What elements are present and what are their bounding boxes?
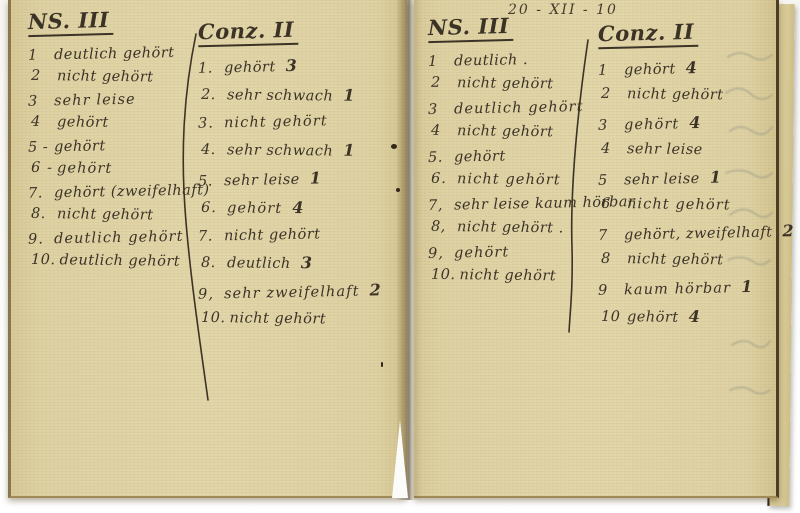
entry-number: 10. — [201, 310, 226, 326]
entry-value: 1 — [343, 86, 355, 105]
entry-number: 6. — [431, 171, 453, 187]
entry-number: 5. — [198, 173, 220, 189]
entry-number: 3 — [428, 102, 450, 118]
entry-text: sehr leise — [624, 171, 700, 188]
entry-text: gehört — [454, 149, 506, 166]
entry-text: nicht gehört . — [457, 219, 564, 236]
notebook-scan: 20 - XII - 10 NS. III 1deutlich gehört2n… — [0, 0, 800, 513]
entry-number: 2 — [601, 86, 623, 102]
list-entry: 3.nicht gehört — [198, 112, 382, 132]
list-entry: 10gehört4 — [601, 306, 797, 327]
entry-text: gehört — [57, 160, 112, 177]
entry-number: 7. — [28, 185, 50, 201]
list-entry: 9,sehr zweifelhaft2 — [198, 280, 382, 303]
list-entry: 7.nicht gehört — [198, 225, 382, 245]
entry-text: nicht gehört — [627, 86, 724, 103]
entry-number: 8. — [31, 206, 53, 222]
entry-number: 5. — [428, 150, 450, 166]
entry-text: nicht gehört — [457, 75, 554, 92]
entry-value: 1 — [343, 141, 355, 160]
entry-text: nicht gehört — [57, 68, 154, 85]
entry-number: 1. — [198, 60, 220, 76]
entry-value: 1 — [310, 168, 322, 187]
entry-text: nicht gehört — [457, 171, 561, 188]
entry-text: deutlich gehört — [454, 99, 584, 117]
entry-number: 8, — [431, 219, 453, 235]
entry-number: 6. — [201, 200, 223, 216]
column-header-conz-right: Conz. II — [598, 19, 699, 50]
entry-text: deutlich gehört — [54, 45, 175, 63]
entry-text: deutlich gehört — [54, 229, 184, 247]
entry-text: gehört — [627, 309, 679, 326]
entry-text: nicht gehört — [57, 206, 154, 223]
entry-number: 8 — [601, 251, 623, 267]
entry-list: 1deutlich gehört2nicht gehört3sehr leise… — [28, 46, 210, 269]
entry-number: 7 — [598, 227, 620, 243]
entry-number: 2 — [431, 75, 453, 91]
entry-number: 3. — [198, 115, 220, 131]
entry-number: 9, — [428, 246, 450, 262]
entry-text: nicht gehört — [224, 226, 321, 244]
list-entry: 1deutlich gehört — [28, 44, 210, 63]
list-entry: 6 -gehört — [31, 160, 213, 178]
list-entry: 9.deutlich gehört — [28, 228, 210, 247]
list-entry: 2nicht gehört — [601, 86, 797, 104]
entry-value: 3 — [301, 253, 313, 272]
entry-text: gehört — [57, 114, 109, 131]
entry-number: 4 — [431, 123, 453, 139]
entry-text: sehr zweifelhaft — [224, 284, 360, 303]
list-entry: 3sehr leise — [28, 90, 210, 109]
entry-number: 9. — [28, 231, 50, 247]
entry-number: 7, — [428, 198, 450, 214]
entry-number: 1 — [428, 54, 450, 70]
entry-list: 1gehört42nicht gehört3gehört44sehr leise… — [598, 58, 794, 326]
entry-value: 1 — [741, 277, 754, 296]
entry-text: nicht gehört — [627, 196, 731, 213]
list-entry: 2nicht gehört — [31, 68, 213, 86]
entry-text: gehört — [54, 138, 106, 155]
column-header-conz-left: Conz. II — [198, 17, 299, 48]
entry-number: 6 — [601, 196, 623, 212]
entry-number: 10 — [601, 309, 623, 325]
entry-value: 4 — [292, 198, 304, 217]
right-conz-column: Conz. II 1gehört42nicht gehört3gehört44s… — [598, 20, 794, 336]
entry-value: 1 — [710, 168, 722, 187]
column-header-ns-left: NS. III — [28, 7, 114, 37]
list-entry: 3gehört4 — [598, 111, 794, 134]
list-entry: 8.deutlich3 — [201, 252, 385, 273]
entry-number: 9 — [598, 282, 620, 298]
entry-text: sehr leise — [627, 141, 703, 158]
list-entry: 4sehr leise — [601, 141, 797, 159]
entry-text: nicht gehört — [457, 123, 554, 140]
entry-value: 4 — [689, 307, 701, 326]
entry-number: 10. — [431, 267, 456, 283]
list-entry: 10.deutlich gehört — [31, 252, 213, 270]
list-entry: 4gehört — [31, 114, 213, 132]
entry-number: 2. — [201, 87, 223, 103]
list-entry: 7.gehört (zweifelhaft) — [28, 182, 210, 201]
list-entry: 5sehr leise1 — [598, 166, 794, 189]
entry-text: gehört — [624, 116, 680, 133]
entry-text: deutlich . — [454, 52, 528, 69]
entry-text: deutlich gehört — [59, 252, 180, 269]
list-entry: 2.sehr schwach1 — [201, 84, 385, 105]
entry-number: 4. — [201, 142, 223, 158]
list-entry: 8.nicht gehört — [31, 206, 213, 224]
entry-number: 3 — [28, 93, 50, 109]
entry-value: 2 — [782, 221, 794, 240]
entry-number: 9, — [198, 286, 220, 302]
entry-number: 7. — [198, 228, 220, 244]
list-entry: 10.nicht gehört — [201, 310, 385, 328]
list-entry: 8nicht gehört — [601, 251, 797, 269]
ink-speck — [381, 362, 383, 367]
left-ns-column: NS. III 1deutlich gehört2nicht gehört3se… — [28, 8, 210, 276]
entry-number: 10. — [31, 252, 56, 268]
entry-text: nicht gehört — [229, 310, 326, 327]
ink-speck — [396, 188, 400, 192]
left-conz-column: Conz. II 1.gehört32.sehr schwach13.nicht… — [198, 18, 382, 337]
list-entry: 1.gehört3 — [198, 54, 382, 77]
list-entry: 5 -gehört — [28, 136, 210, 155]
entry-list: 1.gehört32.sehr schwach13.nicht gehört4.… — [198, 56, 382, 327]
entry-text: gehört, zweifelhaft — [624, 225, 773, 244]
list-entry: 6nicht gehört — [601, 196, 797, 214]
entry-number: 2 — [31, 68, 53, 84]
entry-text: gehört — [624, 61, 676, 78]
entry-number: 4 — [31, 114, 53, 130]
column-header-ns-right: NS. III — [428, 13, 514, 43]
entry-text: nicht gehört — [459, 267, 556, 284]
list-entry: 7gehört, zweifelhaft2 — [598, 221, 794, 244]
entry-text: sehr leise — [54, 92, 136, 110]
entry-number: 5 - — [28, 139, 50, 155]
entry-text: gehört — [454, 244, 510, 261]
list-entry: 6.gehört4 — [201, 197, 385, 218]
entry-text: deutlich — [227, 255, 291, 272]
entry-text: gehört — [224, 59, 276, 76]
entry-number: 4 — [601, 141, 623, 157]
list-entry: 4.sehr schwach1 — [201, 139, 385, 160]
entry-value: 3 — [286, 56, 298, 75]
list-entry: 5.sehr leise1 — [198, 167, 382, 190]
entry-value: 4 — [686, 58, 698, 77]
entry-text: sehr schwach — [227, 87, 334, 104]
entry-text: gehört (zweifelhaft) — [54, 182, 210, 201]
ink-speck — [391, 144, 397, 149]
entry-number: 5 — [598, 172, 620, 188]
entry-text: gehört — [227, 200, 282, 217]
entry-number: 3 — [598, 117, 620, 133]
entry-value: 2 — [369, 280, 382, 299]
entry-text: nicht gehört — [627, 251, 724, 268]
gutter-notch — [392, 420, 408, 498]
entry-number: 8. — [201, 255, 223, 271]
entry-value: 4 — [689, 113, 702, 132]
entry-text: sehr leise — [224, 172, 300, 189]
entry-number: 1 — [598, 62, 620, 78]
list-entry: 9kaum hörbar1 — [598, 276, 794, 299]
entry-text: kaum hörbar — [624, 280, 731, 298]
list-entry: 1gehört4 — [598, 56, 794, 79]
entry-number: 6 - — [31, 160, 53, 176]
entry-text: sehr schwach — [227, 142, 334, 159]
entry-number: 1 — [28, 47, 50, 63]
entry-text: nicht gehört — [224, 113, 328, 131]
